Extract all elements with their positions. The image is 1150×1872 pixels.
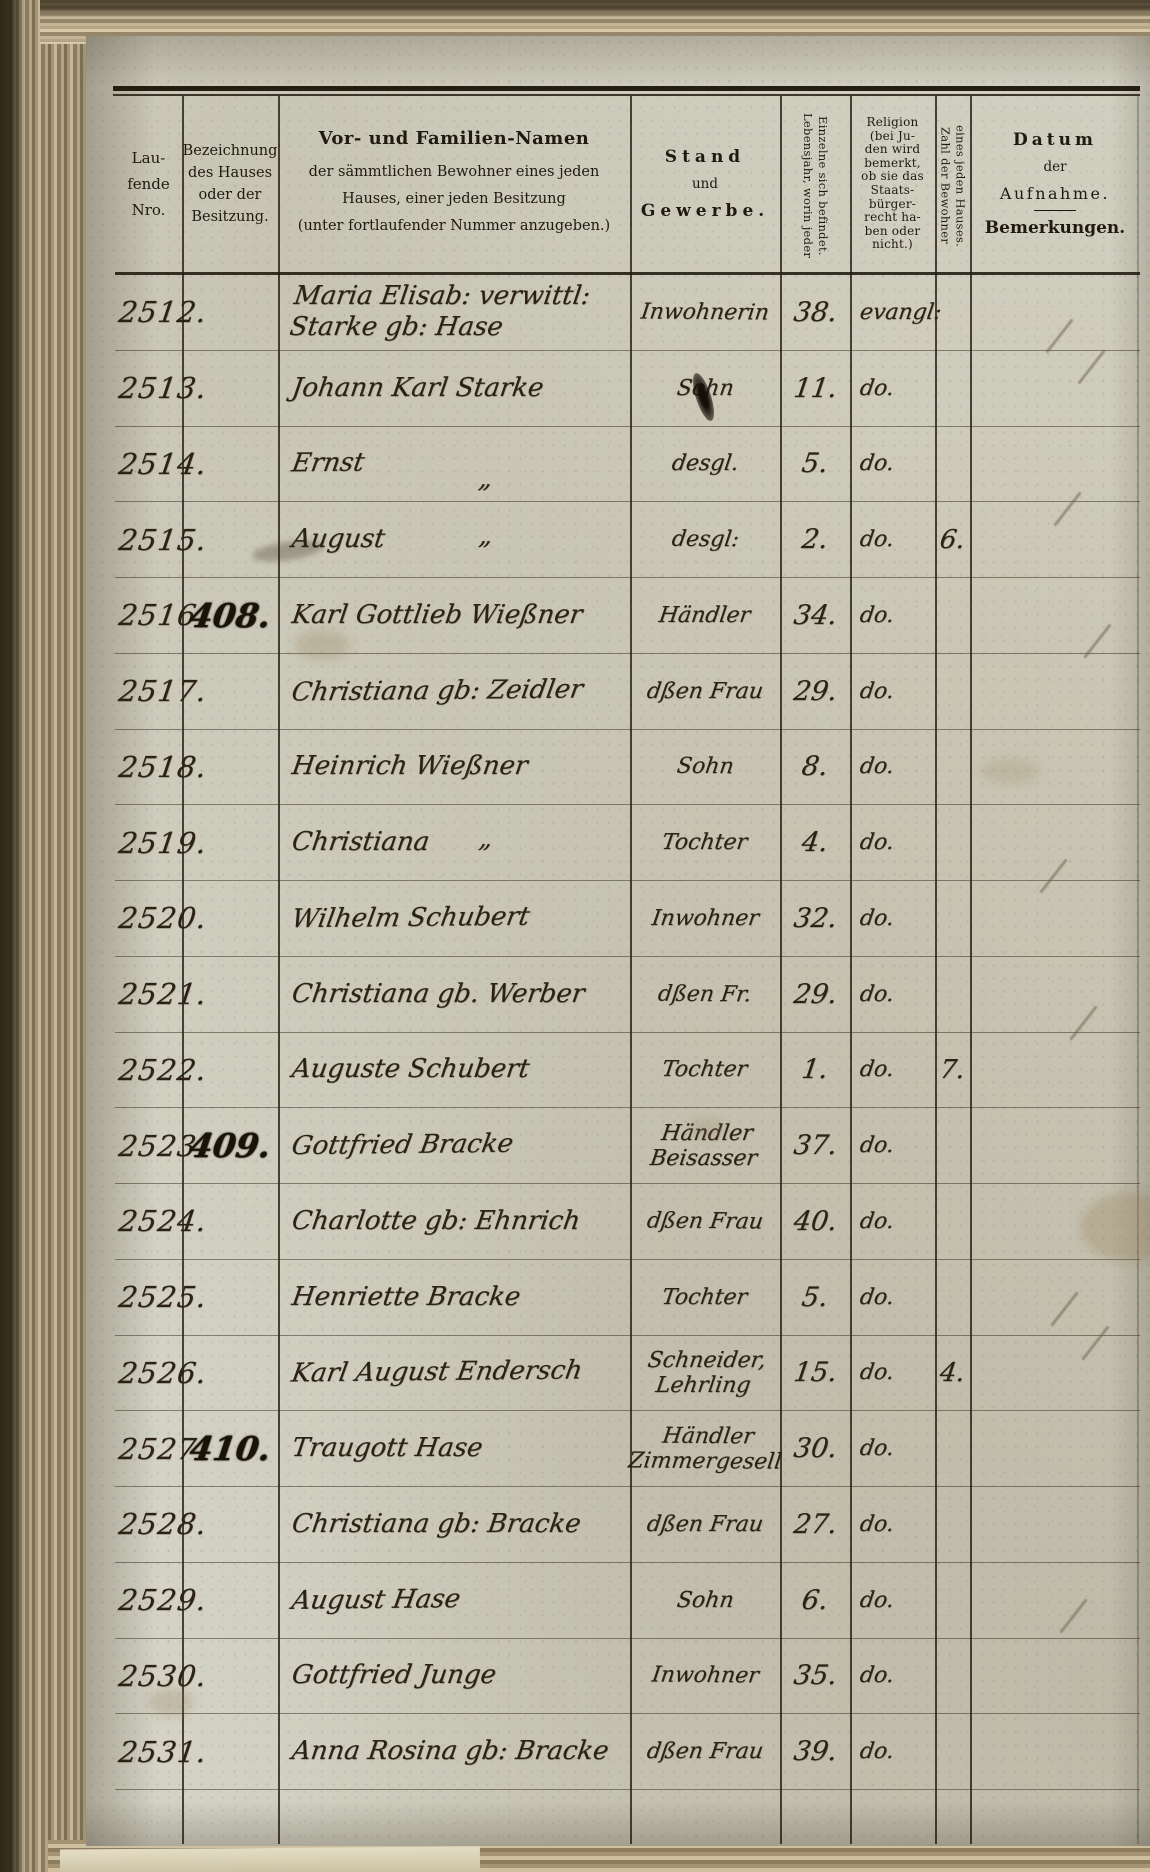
inhabitants-count-cell: 7. xyxy=(935,1055,970,1085)
header-der-label: der xyxy=(1043,159,1066,175)
occupation-cell: Tochter xyxy=(630,1057,780,1082)
occupation-cell: dßen Frau xyxy=(630,1209,780,1234)
age-cell: 1. xyxy=(780,1054,850,1085)
age: 6. xyxy=(800,1585,830,1616)
age-cell: 37. xyxy=(780,1130,850,1161)
header-divider-rule xyxy=(1034,210,1076,212)
name-cell: Christiana „ xyxy=(278,827,630,858)
resident-name: Karl August Endersch xyxy=(289,1356,584,1390)
remarks-cell xyxy=(970,530,1140,549)
occupation-cell: dßen Fr. xyxy=(630,982,780,1007)
age-cell: 5. xyxy=(780,1282,850,1313)
occupation-cell: Inwohnerin xyxy=(630,300,780,325)
age-cell: 15. xyxy=(780,1357,850,1388)
occupation: Tochter xyxy=(661,1285,750,1310)
age: 39. xyxy=(791,1736,838,1767)
religion: do. xyxy=(858,1057,895,1082)
age-cell: 5. xyxy=(780,448,850,479)
remarks-cell xyxy=(970,682,1140,701)
name-cell: Karl August Endersch xyxy=(278,1357,630,1388)
row-number-cell: 2524. xyxy=(115,1204,182,1238)
table-row: 2513. Johann Karl Starke Sohn 11. do. xyxy=(115,351,1140,427)
resident-name: Christiana gb: Bracke xyxy=(290,1509,583,1540)
age-cell: 2. xyxy=(780,524,850,555)
header-stand-gewerbe: Stand und Gewerbe. xyxy=(630,96,780,272)
row-number: 2521. xyxy=(117,977,210,1011)
inhabitants-count-cell xyxy=(935,606,970,625)
name-cell: Maria Elisab: verwittl: Starke gb: Hase xyxy=(278,281,630,343)
occupation: Inwohner xyxy=(650,1663,760,1689)
row-number: 2524. xyxy=(117,1204,210,1238)
row-number-cell: 2523. xyxy=(115,1129,182,1163)
header-haus-bezeichnung: Bezeichnung des Hauses oder der Besitzun… xyxy=(182,96,278,272)
house-number: 409. xyxy=(187,1126,273,1165)
table-header: Lau- fende Nro. Bezeichnung des Hauses o… xyxy=(115,96,1140,272)
occupation: Sohn xyxy=(675,754,735,779)
row-number-cell: 2525. xyxy=(115,1280,182,1314)
occupation-cell: Tochter xyxy=(630,830,780,855)
resident-name: Johann Karl Starke xyxy=(290,373,546,404)
occupation: dßen Frau xyxy=(645,1512,765,1537)
religion-cell: do. xyxy=(850,1436,935,1461)
occupation-cell: Sohn xyxy=(630,754,780,779)
row-number: 2517. xyxy=(117,674,210,708)
resident-name: Karl Gottlieb Wießner xyxy=(290,600,584,631)
name-cell: Gottfried Bracke xyxy=(278,1130,630,1161)
occupation: dßen Frau xyxy=(645,1208,764,1234)
inhabitants-count-cell xyxy=(935,1136,970,1155)
foxing-stain xyxy=(980,758,1040,784)
table-row: 2530. Gottfried Junge Inwohner 35. do. xyxy=(115,1639,1140,1715)
table-row: 2520. Wilhelm Schubert Inwohner 32. do. xyxy=(115,881,1140,957)
occupation-cell: Sohn xyxy=(630,1588,780,1613)
religion: do. xyxy=(858,679,895,704)
occupation: dßen Frau xyxy=(645,679,765,704)
religion-cell: do. xyxy=(850,754,935,779)
table-row: 2519. Christiana „ Tochter 4. do. xyxy=(115,805,1140,881)
age-cell: 35. xyxy=(780,1660,850,1691)
religion-cell: do. xyxy=(850,830,935,855)
age-cell: 6. xyxy=(780,1585,850,1616)
row-number-cell: 2517. xyxy=(115,674,182,708)
age-cell: 11. xyxy=(780,373,850,404)
resident-name: August Hase xyxy=(289,1584,462,1617)
religion: do. xyxy=(858,527,895,552)
name-cell: Henriette Bracke xyxy=(278,1282,630,1313)
age-cell: 39. xyxy=(780,1736,850,1767)
row-number-cell: 2514. xyxy=(115,447,182,481)
remarks-cell xyxy=(970,1288,1140,1307)
table-row: 2517. Christiana gb: Zeidler dßen Frau 2… xyxy=(115,654,1140,730)
age-cell: 29. xyxy=(780,979,850,1010)
age: 29. xyxy=(791,979,838,1010)
inhabitants-count-cell xyxy=(935,379,970,398)
occupation: Sohn xyxy=(675,1588,735,1613)
name-cell: August Hase xyxy=(278,1585,630,1616)
header-gewerbe-label: Gewerbe. xyxy=(641,201,769,221)
age: 5. xyxy=(800,1282,830,1313)
age: 38. xyxy=(791,297,838,328)
age: 2. xyxy=(800,524,830,555)
row-number-cell: 2520. xyxy=(115,901,182,935)
row-number-cell: 2521. xyxy=(115,977,182,1011)
religion: do. xyxy=(858,830,895,855)
table-row: 2515. August „ desgl: 2. do. 6. xyxy=(115,502,1140,578)
inhabitants-count-cell xyxy=(935,985,970,1004)
inhabitants-count-cell xyxy=(935,833,970,852)
inhabitants-count: 7. xyxy=(938,1055,967,1085)
table-row: 2528. Christiana gb: Bracke dßen Frau 27… xyxy=(115,1487,1140,1563)
occupation-cell: dßen Frau xyxy=(630,679,780,704)
religion: do. xyxy=(858,1285,895,1310)
header-religion: Religion (bei Ju- den wird bemerkt, ob s… xyxy=(850,96,935,272)
row-number: 2531. xyxy=(117,1735,210,1769)
table-row: 2522. Auguste Schubert Tochter 1. do. 7. xyxy=(115,1033,1140,1109)
row-number-cell: 2529. xyxy=(115,1583,182,1617)
name-cell: Christiana gb: Zeidler xyxy=(278,676,630,707)
religion: do. xyxy=(858,982,895,1007)
row-number-cell: 2526. xyxy=(115,1356,182,1390)
religion: do. xyxy=(858,603,895,628)
header-bewohnerzahl: Zahl der Bewohner eines jeden Hauses. xyxy=(935,96,970,272)
age-cell: 30. xyxy=(780,1433,850,1464)
occupation: desgl: xyxy=(670,527,740,553)
header-namen-sublines: der sämmtlichen Bewohner eines jeden Hau… xyxy=(298,159,610,240)
name-cell: Heinrich Wießner xyxy=(278,751,630,782)
row-number: 2513. xyxy=(117,371,210,405)
age-cell: 34. xyxy=(780,600,850,631)
remarks-cell xyxy=(970,379,1140,398)
occupation: dßen Frau xyxy=(645,1739,765,1764)
resident-name: Wilhelm Schubert xyxy=(289,902,532,935)
age: 1. xyxy=(800,1054,830,1085)
occupation: dßen Fr. xyxy=(657,981,754,1007)
resident-name: Heinrich Wießner xyxy=(290,751,530,782)
name-cell: Ernst „ xyxy=(278,448,630,479)
age: 35. xyxy=(791,1660,838,1691)
inhabitants-count-cell xyxy=(935,1288,970,1307)
inhabitants-count-cell xyxy=(935,909,970,928)
header-datum-bemerkungen: Datum der Aufnahme. Bemerkungen. xyxy=(970,96,1140,272)
occupation: Tochter xyxy=(661,830,750,855)
remarks-cell xyxy=(970,1666,1140,1685)
table-row: 2521. Christiana gb. Werber dßen Fr. 29.… xyxy=(115,957,1140,1033)
religion-cell: evangl: xyxy=(850,300,935,325)
row-number: 2514. xyxy=(117,447,210,481)
name-cell: Christiana gb. Werber xyxy=(278,979,630,1010)
table-row: 2526. Karl August Endersch Schneider, Le… xyxy=(115,1336,1140,1412)
remarks-cell xyxy=(970,1439,1140,1458)
row-number: 2519. xyxy=(117,826,210,860)
header-namen-title: Vor- und Familien-Namen xyxy=(319,128,590,149)
religion-cell: do. xyxy=(850,451,935,476)
header-namen: Vor- und Familien-Namen der sämmtlichen … xyxy=(278,96,630,272)
religion: do. xyxy=(858,1588,895,1613)
header-haus-bezeichnung-label: Bezeichnung des Hauses oder der Besitzun… xyxy=(183,140,278,228)
occupation-cell: desgl: xyxy=(630,527,780,552)
resident-name: Maria Elisab: verwittl: Starke gb: Hase xyxy=(288,281,593,343)
occupation: Händler Zimmergesell xyxy=(627,1423,786,1474)
remarks-cell xyxy=(970,303,1140,322)
name-cell: Johann Karl Starke xyxy=(278,373,630,404)
occupation-cell: Händler xyxy=(630,603,780,628)
religion: do. xyxy=(858,451,895,476)
resident-name: Ernst xyxy=(289,448,366,480)
house-number: 410. xyxy=(187,1429,273,1468)
house-number-cell: 408. xyxy=(182,596,278,635)
occupation: Schneider, Lehrling xyxy=(642,1348,767,1398)
inhabitants-count-cell xyxy=(935,454,970,473)
table-row: 2524. Charlotte gb: Ehnrich dßen Frau 40… xyxy=(115,1184,1140,1260)
age: 34. xyxy=(791,600,838,631)
remarks-cell xyxy=(970,1515,1140,1534)
resident-name: Auguste Schubert xyxy=(290,1054,531,1085)
house-number-cell: 409. xyxy=(182,1126,278,1165)
inhabitants-count-cell xyxy=(935,1666,970,1685)
row-number-cell: 2518. xyxy=(115,750,182,784)
ditto-mark: „ xyxy=(476,464,495,495)
table-row: 2525. Henriette Bracke Tochter 5. do. xyxy=(115,1260,1140,1336)
religion: do. xyxy=(858,754,895,779)
foxing-stain xyxy=(295,630,350,660)
religion-cell: do. xyxy=(850,1739,935,1764)
header-bewohnerzahl-label: Zahl der Bewohner eines jeden Hauses. xyxy=(938,121,968,247)
inhabitants-count-cell: 6. xyxy=(935,525,970,555)
occupation: Inwohner xyxy=(650,906,760,931)
name-cell: Traugott Hase xyxy=(278,1433,630,1464)
row-number-cell: 2522. xyxy=(115,1053,182,1087)
remarks-cell xyxy=(970,909,1140,928)
religion: do. xyxy=(858,1360,895,1385)
religion: do. xyxy=(858,1739,895,1764)
inhabitants-count-cell xyxy=(935,1515,970,1534)
occupation-cell: dßen Frau xyxy=(630,1739,780,1764)
census-register-scan: Lau- fende Nro. Bezeichnung des Hauses o… xyxy=(0,0,1150,1872)
religion: do. xyxy=(858,1209,895,1234)
table-row: 2514. Ernst „ desgl. 5. do. xyxy=(115,427,1140,503)
ditto-mark: „ xyxy=(476,520,494,551)
religion-cell: do. xyxy=(850,527,935,552)
religion: do. xyxy=(858,1436,895,1461)
age-cell: 4. xyxy=(780,827,850,858)
religion-cell: do. xyxy=(850,1133,935,1158)
header-lebensjahr-label: Lebensjahr, worin jeder Einzelne sich be… xyxy=(800,109,830,258)
inhabitants-count-cell xyxy=(935,682,970,701)
header-laufende-nro-label: Lau- fende Nro. xyxy=(127,145,170,223)
age: 29. xyxy=(791,676,838,707)
occupation-cell: Schneider, Lehrling xyxy=(630,1348,780,1398)
inhabitants-count-cell xyxy=(935,757,970,776)
age: 15. xyxy=(791,1357,838,1388)
age: 40. xyxy=(791,1206,838,1237)
religion-cell: do. xyxy=(850,1512,935,1537)
header-lebensjahr: Lebensjahr, worin jeder Einzelne sich be… xyxy=(780,96,850,272)
name-cell: August „ xyxy=(278,524,630,555)
age: 37. xyxy=(791,1130,838,1161)
header-aufnahme-label: Aufnahme. xyxy=(1000,184,1110,203)
resident-name: Christiana gb. Werber xyxy=(290,979,587,1010)
inhabitants-count-cell: 4. xyxy=(935,1358,970,1388)
row-number-cell: 2515. xyxy=(115,523,182,557)
religion: do. xyxy=(858,1512,895,1537)
occupation: Inwohnerin xyxy=(639,299,770,325)
row-number-cell: 2513. xyxy=(115,371,182,405)
religion-cell: do. xyxy=(850,1663,935,1688)
inhabitants-count-cell xyxy=(935,1742,970,1761)
remarks-cell xyxy=(970,1591,1140,1610)
resident-name: Anna Rosina gb: Bracke xyxy=(290,1736,611,1767)
header-religion-label: Religion (bei Ju- den wird bemerkt, ob s… xyxy=(861,116,924,252)
header-bemerkungen-label: Bemerkungen. xyxy=(985,218,1125,238)
name-cell: Gottfried Junge xyxy=(278,1660,630,1691)
age-cell: 40. xyxy=(780,1206,850,1237)
header-laufende-nro: Lau- fende Nro. xyxy=(115,96,182,272)
row-number-cell: 2531. xyxy=(115,1735,182,1769)
row-number: 2525. xyxy=(117,1280,210,1314)
house-number: 408. xyxy=(187,596,273,635)
age-cell: 29. xyxy=(780,676,850,707)
row-number-cell: 2519. xyxy=(115,826,182,860)
header-datum-label: Datum xyxy=(1013,130,1097,150)
religion: do. xyxy=(858,1133,895,1158)
row-number: 2528. xyxy=(117,1507,210,1541)
name-cell: Karl Gottlieb Wießner xyxy=(278,600,630,631)
row-number: 2512. xyxy=(117,295,210,329)
religion-cell: do. xyxy=(850,1209,935,1234)
row-number: 2526. xyxy=(117,1356,210,1390)
religion: evangl: xyxy=(858,300,943,325)
table-row: 2516. 408. Karl Gottlieb Wießner Händler… xyxy=(115,578,1140,654)
name-cell: Charlotte gb: Ehnrich xyxy=(278,1206,630,1237)
religion-cell: do. xyxy=(850,1588,935,1613)
row-number: 2520. xyxy=(117,901,210,935)
occupation: Händler xyxy=(658,603,753,628)
header-und-label: und xyxy=(692,176,718,192)
occupation-cell: Inwohner xyxy=(630,906,780,931)
resident-name: Gottfried Bracke xyxy=(289,1129,515,1162)
resident-name: Christiana xyxy=(290,827,432,858)
foxing-stain xyxy=(148,1688,193,1716)
age: 5. xyxy=(800,448,830,479)
occupation-cell: dßen Frau xyxy=(630,1512,780,1537)
age: 8. xyxy=(800,751,830,782)
table-top-rule xyxy=(113,86,1140,91)
row-number-cell: 2527. xyxy=(115,1432,182,1466)
religion-cell: do. xyxy=(850,982,935,1007)
table-row: 2531. Anna Rosina gb: Bracke dßen Frau 3… xyxy=(115,1714,1140,1790)
remarks-cell xyxy=(970,1060,1140,1079)
inhabitants-count: 6. xyxy=(938,525,967,555)
table-row: 2512. Maria Elisab: verwittl: Starke gb:… xyxy=(115,275,1140,351)
table-row: 2527. 410. Traugott Hase Händler Zimmerg… xyxy=(115,1411,1140,1487)
religion-cell: do. xyxy=(850,679,935,704)
inhabitants-count-cell xyxy=(935,1591,970,1610)
house-number-cell: 410. xyxy=(182,1429,278,1468)
remarks-cell xyxy=(970,985,1140,1004)
age: 4. xyxy=(800,827,830,858)
inhabitants-count: 4. xyxy=(938,1358,967,1388)
age-cell: 38. xyxy=(780,297,850,328)
underlying-page-edge xyxy=(60,1847,480,1872)
occupation-cell: Tochter xyxy=(630,1285,780,1310)
age: 32. xyxy=(791,903,838,934)
name-cell: Christiana gb: Bracke xyxy=(278,1509,630,1540)
name-cell: Wilhelm Schubert xyxy=(278,903,630,934)
age-cell: 32. xyxy=(780,903,850,934)
remarks-cell xyxy=(970,1363,1140,1382)
age: 11. xyxy=(791,373,838,404)
resident-name: Gottfried Junge xyxy=(290,1660,498,1691)
religion-cell: do. xyxy=(850,1360,935,1385)
inhabitants-count-cell xyxy=(935,1212,970,1231)
resident-name: Henriette Bracke xyxy=(290,1282,523,1313)
occupation-cell: desgl. xyxy=(630,451,780,476)
religion-cell: do. xyxy=(850,1285,935,1310)
religion: do. xyxy=(858,376,895,401)
remarks-cell xyxy=(970,454,1140,473)
name-cell: Anna Rosina gb: Bracke xyxy=(278,1736,630,1767)
foxing-stain xyxy=(688,1118,724,1138)
inhabitants-count-cell xyxy=(935,1439,970,1458)
age: 27. xyxy=(791,1509,838,1540)
row-number: 2515. xyxy=(117,523,210,557)
occupation-cell: Händler Zimmergesell xyxy=(630,1424,780,1474)
religion: do. xyxy=(858,906,895,931)
religion-cell: do. xyxy=(850,1057,935,1082)
occupation-cell: Inwohner xyxy=(630,1663,780,1688)
resident-name: Charlotte gb: Ehnrich xyxy=(290,1206,582,1237)
register-table: Lau- fende Nro. Bezeichnung des Hauses o… xyxy=(115,86,1140,1848)
table-row: 2529. August Hase Sohn 6. do. xyxy=(115,1563,1140,1639)
age: 30. xyxy=(791,1433,838,1464)
row-number-cell: 2516. xyxy=(115,598,182,632)
remarks-cell xyxy=(970,1136,1140,1155)
row-number-cell: 2512. xyxy=(115,295,182,329)
occupation: desgl. xyxy=(670,451,740,476)
book-page-stack-left xyxy=(0,0,92,1872)
age-cell: 27. xyxy=(780,1509,850,1540)
remarks-cell xyxy=(970,833,1140,852)
religion: do. xyxy=(858,1663,895,1688)
table-row: 2523. 409. Gottfried Bracke Händler Beis… xyxy=(115,1108,1140,1184)
row-number: 2518. xyxy=(117,750,210,784)
table-body: 2512. Maria Elisab: verwittl: Starke gb:… xyxy=(115,275,1140,1790)
religion-cell: do. xyxy=(850,603,935,628)
row-number-cell: 2528. xyxy=(115,1507,182,1541)
religion-cell: do. xyxy=(850,906,935,931)
remarks-cell xyxy=(970,606,1140,625)
occupation: Tochter xyxy=(661,1057,750,1082)
age-cell: 8. xyxy=(780,751,850,782)
ditto-mark: „ xyxy=(476,823,494,854)
resident-name: Traugott Hase xyxy=(290,1433,485,1464)
remarks-cell xyxy=(970,1742,1140,1761)
header-stand-label: Stand xyxy=(665,147,745,167)
row-number: 2522. xyxy=(117,1053,210,1087)
resident-name: Christiana gb: Zeidler xyxy=(289,674,585,708)
religion-cell: do. xyxy=(850,376,935,401)
name-cell: Auguste Schubert xyxy=(278,1054,630,1085)
row-number: 2529. xyxy=(117,1583,210,1617)
